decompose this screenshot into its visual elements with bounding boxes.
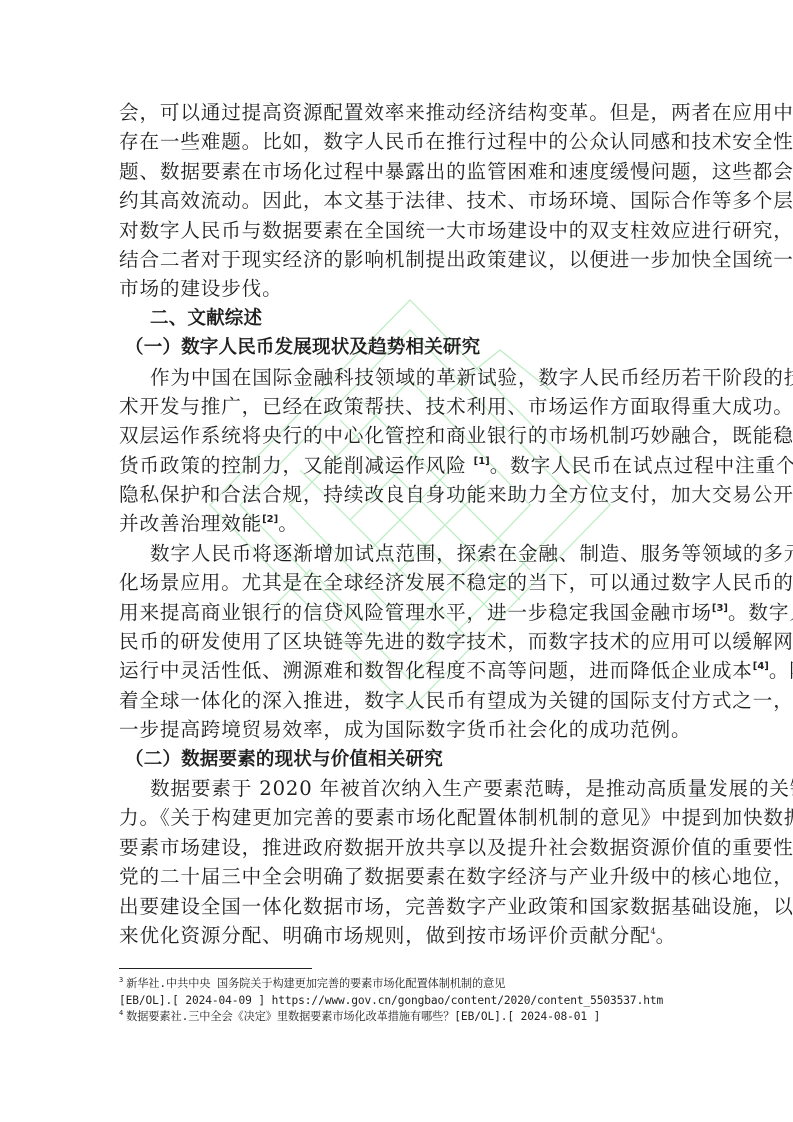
paragraph-line: 党的二十届三中全会明确了数据要素在数字经济与产业升级中的核心地位，提 bbox=[119, 862, 669, 891]
paragraph-line: 一步提高跨境贸易效率，成为国际数字货币社会化的成功范例。 bbox=[119, 715, 669, 744]
paragraph-line: 来优化资源分配、明确市场规则，做到按市场评价贡献分配4。 bbox=[119, 921, 669, 950]
paragraph-line: 术开发与推广，已经在政策帮扶、技术利用、市场运作方面取得重大成功。其 bbox=[119, 392, 669, 421]
section-heading: 二、文献综述 bbox=[119, 304, 669, 333]
paragraph-line: 存在一些难题。比如，数字人民币在推行过程中的公众认同感和技术安全性问 bbox=[119, 127, 669, 156]
line-text: 并改善治理效能 bbox=[119, 512, 262, 535]
paragraph-line: 力。《关于构建更加完善的要素市场化配置体制机制的意见》中提到加快数据 bbox=[119, 803, 669, 832]
paragraph-line: 会，可以通过提高资源配置效率来推动经济结构变革。但是，两者在应用中仍 bbox=[119, 98, 669, 127]
body-text: 会，可以通过提高资源配置效率来推动经济结构变革。但是，两者在应用中仍 存在一些难… bbox=[119, 98, 669, 950]
footnote-mark: 3 bbox=[119, 976, 123, 984]
line-text: 。数字人 bbox=[728, 601, 793, 624]
paragraph-line: 隐私保护和合法合规，持续改良自身功能来助力全方位支付，加大交易公开度 bbox=[119, 480, 669, 509]
paragraph-line: 民币的研发使用了区块链等先进的数字技术，而数字技术的应用可以缓解网络 bbox=[119, 627, 669, 656]
line-text: 。 bbox=[278, 512, 298, 535]
paragraph-line: 化场景应用。尤其是在全球经济发展不稳定的当下，可以通过数字人民币的应 bbox=[119, 568, 669, 597]
footnote-mark: 4 bbox=[119, 1009, 123, 1017]
paragraph-line: 数据要素于 2020 年被首次纳入生产要素范畴，是推动高质量发展的关键动 bbox=[119, 774, 669, 803]
paragraph-line: 运行中灵活性低、溯源难和数智化程度不高等问题，进而降低企业成本[4]。随 bbox=[119, 656, 669, 685]
footnote-text[interactable]: [EB/OL].[ 2024-04-09 ] https://www.gov.c… bbox=[119, 994, 663, 1007]
paragraph-line: 要素市场建设，推进政府数据开放共享以及提升社会数据资源价值的重要性3。 bbox=[119, 833, 669, 862]
line-text: 运行中灵活性低、溯源难和数智化程度不高等问题，进而降低企业成本 bbox=[119, 659, 753, 682]
paragraph-line: 数字人民币将逐渐增加试点范围，探索在金融、制造、服务等领域的多元 bbox=[119, 539, 669, 568]
line-text: 货币政策的控制力，又能削减运作风险 bbox=[119, 454, 474, 477]
line-text: 。数字人民币在试点过程中注重个人 bbox=[490, 454, 793, 477]
line-text: 来优化资源分配、明确市场规则，做到按市场评价贡献分配 bbox=[119, 924, 651, 947]
paragraph-line: 题、数据要素在市场化过程中暴露出的监管困难和速度缓慢问题，这些都会制 bbox=[119, 157, 669, 186]
citation-marker[interactable]: [4] bbox=[753, 661, 769, 672]
line-text: 用来提高商业银行的信贷风险管理水平，进一步稳定我国金融市场 bbox=[119, 601, 712, 624]
footnote-text: 数据要素社.三中全会《决定》里数据要素市场化改革措施有哪些？[EB/OL].[ … bbox=[126, 1010, 600, 1023]
footnote-3-continued: [EB/OL].[ 2024-04-09 ] https://www.gov.c… bbox=[119, 993, 679, 1010]
paragraph-line: 市场的建设步伐。 bbox=[119, 274, 669, 303]
footnote-3: 3新华社.中共中央 国务院关于构建更加完善的要素市场化配置体制机制的意见 bbox=[119, 976, 679, 993]
line-text: 。 bbox=[656, 924, 676, 947]
footnote-4: 4数据要素社.三中全会《决定》里数据要素市场化改革措施有哪些？[EB/OL].[… bbox=[119, 1009, 679, 1026]
paragraph-line: 结合二者对于现实经济的影响机制提出政策建议，以便进一步加快全国统一大 bbox=[119, 245, 669, 274]
subsection-heading: （一）数字人民币发展现状及趋势相关研究 bbox=[119, 333, 669, 362]
paragraph-line: 对数字人民币与数据要素在全国统一大市场建设中的双支柱效应进行研究，并 bbox=[119, 216, 669, 245]
paragraph-line: 着全球一体化的深入推进，数字人民币有望成为关键的国际支付方式之一，进 bbox=[119, 686, 669, 715]
footnote-text: 新华社.中共中央 国务院关于构建更加完善的要素市场化配置体制机制的意见 bbox=[126, 977, 505, 990]
line-text: 。随 bbox=[769, 659, 793, 682]
paragraph-line: 作为中国在国际金融科技领域的革新试验，数字人民币经历若干阶段的技 bbox=[119, 363, 669, 392]
citation-marker[interactable]: [2] bbox=[262, 514, 278, 525]
footnotes: 3新华社.中共中央 国务院关于构建更加完善的要素市场化配置体制机制的意见 [EB… bbox=[119, 976, 679, 1026]
paragraph-line: 并改善治理效能[2]。 bbox=[119, 509, 669, 538]
paragraph-line: 约其高效流动。因此，本文基于法律、技术、市场环境、国际合作等多个层面 bbox=[119, 186, 669, 215]
footnote-separator bbox=[119, 968, 312, 969]
paragraph-line: 用来提高商业银行的信贷风险管理水平，进一步稳定我国金融市场[3]。数字人 bbox=[119, 598, 669, 627]
citation-marker[interactable]: [3] bbox=[712, 603, 728, 614]
document-page: 会，可以通过提高资源配置效率来推动经济结构变革。但是，两者在应用中仍 存在一些难… bbox=[0, 0, 793, 1122]
paragraph-line: 出要建设全国一体化数据市场，完善数字产业政策和国家数据基础设施，以此 bbox=[119, 892, 669, 921]
citation-marker[interactable]: [1] bbox=[474, 456, 490, 467]
paragraph-line: 货币政策的控制力，又能削减运作风险 [1]。数字人民币在试点过程中注重个人 bbox=[119, 451, 669, 480]
line-text: 要素市场建设，推进政府数据开放共享以及提升社会数据资源价值的重要性 bbox=[119, 836, 793, 859]
paragraph-line: 双层运作系统将央行的中心化管控和商业银行的市场机制巧妙融合，既能稳固 bbox=[119, 421, 669, 450]
subsection-heading: （二）数据要素的现状与价值相关研究 bbox=[119, 745, 669, 774]
